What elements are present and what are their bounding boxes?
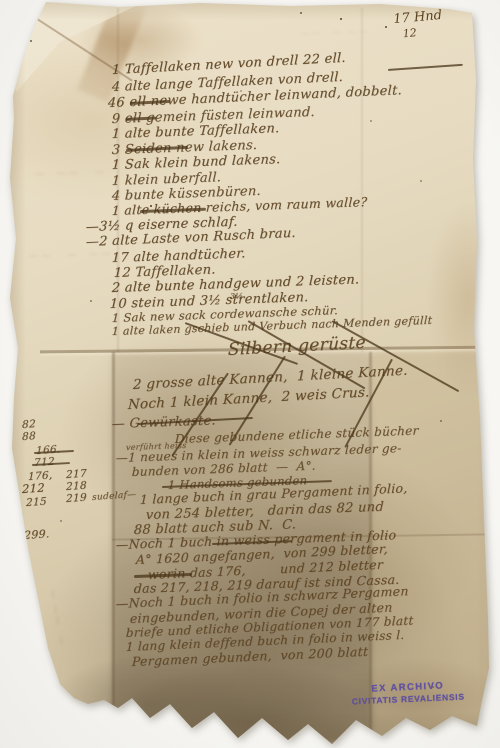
shelfmark-notation: 17 Hnd 12 [393,8,444,41]
handwritten-line: 82 [22,419,36,431]
manuscript-photo: 1 Taffellaken new von drell 22 ell.4 alt… [0,0,500,748]
handwritten-line: 17 alte handtücher. [112,247,246,265]
handwritten-line: ~ ~~ ~ [45,588,68,647]
ink-stroke [388,64,463,71]
handwritten-line: 299. [24,528,50,541]
handwritten-line: ~~ ~ ~~ [300,26,370,41]
handwritten-line: ~~ ~ ~~ [28,247,112,264]
handwritten-line: 219 [66,493,87,505]
handwritten-line: 88 [22,431,36,443]
paper-shadow-wrap: 1 Taffellaken new von drell 22 ell.4 alt… [0,0,500,748]
manuscript-paper: 1 Taffellaken new von drell 22 ell.4 alt… [0,0,500,748]
ink-layer: 1 Taffellaken new von drell 22 ell.4 alt… [0,0,500,748]
handwritten-line: sudelaf— [92,491,136,503]
handwritten-line: 215 [26,497,47,509]
handwritten-line: 212 [22,482,45,495]
handwritten-line: ~ ~~ ~ [34,165,106,182]
